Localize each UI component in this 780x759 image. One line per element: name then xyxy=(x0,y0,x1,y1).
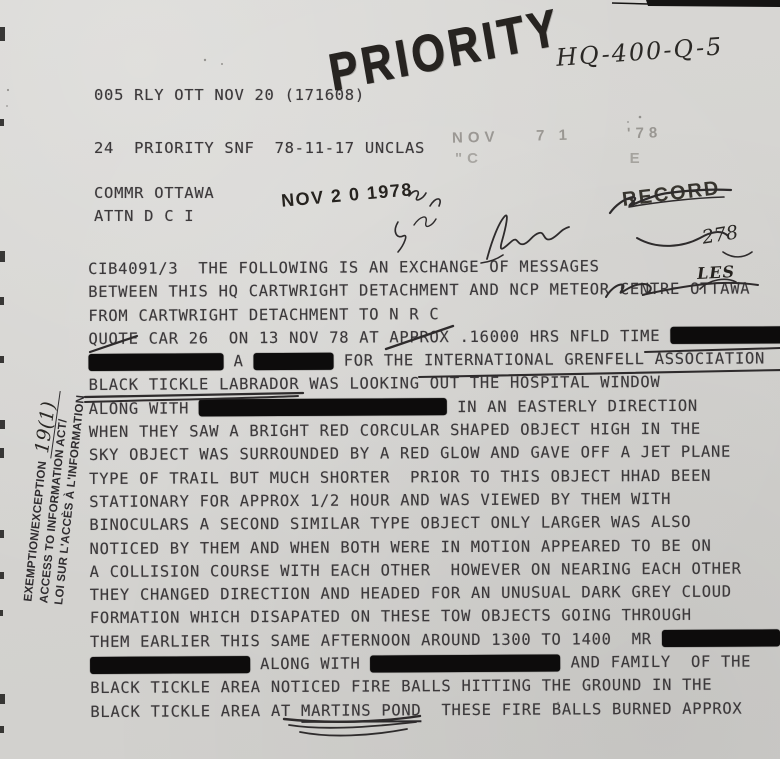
stamp-initials-4 xyxy=(414,217,436,226)
body-text-segment: ALONG WITH xyxy=(89,399,199,418)
body-text-segment: SKY OBJECT WAS SURROUNDED BY A RED GLOW … xyxy=(89,443,731,464)
redaction-bar xyxy=(88,353,223,371)
body-text-segment: TYPE OF TRAIL BUT MUCH SHORTER PRIOR TO … xyxy=(89,466,711,487)
body-text-segment: MARTINS POND xyxy=(301,701,421,723)
body-text-segment: WHEN THEY SAW A BRIGHT RED CORCULAR SHAP… xyxy=(89,420,701,441)
body-text-segment: ALONG WITH xyxy=(250,655,370,674)
body-text: CIB4091/3 THE FOLLOWING IS AN EXCHANGE O… xyxy=(88,256,780,726)
body-text-segment: A COLLISION COURSE WITH EACH OTHER HOWEV… xyxy=(90,559,742,580)
redaction-bar xyxy=(370,654,560,672)
body-text-segment: BETWEEN THIS HQ CARTWRIGHT DETACHMENT AN… xyxy=(88,280,750,301)
scan-top-bar xyxy=(612,0,780,7)
redaction-bar xyxy=(662,630,780,648)
body-line: BLACK TICKLE AREA AT MARTINS POND THESE … xyxy=(90,699,780,726)
record-number-handwritten: 278 xyxy=(701,221,740,248)
scan-edge-artifacts xyxy=(0,27,5,733)
body-text-segment: BINOCULARS A SECOND SIMILAR TYPE OBJECT … xyxy=(89,513,691,534)
body-text-segment: NOTICED BY THEM AND WHEN BOTH WERE IN MO… xyxy=(89,536,711,557)
ati-exemption-stamp: EXEMPTION/EXCEPTION19(1) ACCESS TO INFOR… xyxy=(18,354,93,606)
body-text-segment: THEY CHANGED DIRECTION AND HEADED FOR AN… xyxy=(90,583,732,604)
body-text-segment: AND FAMILY OF THE xyxy=(560,653,751,672)
redaction-bar xyxy=(254,352,334,369)
date-received-stamp: NOV 2 0 1978 xyxy=(280,179,413,211)
scanned-telex-document: 005 RLY OTT NOV 20 (171608) PRIORITY HQ-… xyxy=(0,0,780,759)
redaction-bar xyxy=(90,656,250,674)
body-text-segment: BLACK TICKLE AREA AT xyxy=(90,702,301,721)
body-text-segment: THEM EARLIER THIS SAME AFTERNOON AROUND … xyxy=(90,630,662,651)
redaction-bar xyxy=(199,398,447,416)
body-text-segment: IN AN EASTERLY DIRECTION xyxy=(447,397,698,416)
body-text-segment: STATIONARY FOR APPROX 1/2 HOUR AND WAS V… xyxy=(89,490,671,511)
file-reference-handwritten: HQ-400-Q-5 xyxy=(555,32,724,72)
body-text-segment: A xyxy=(223,352,253,370)
body-text-segment: CIB4091/3 THE FOLLOWING IS AN EXCHANGE O… xyxy=(88,257,600,278)
telex-routing-line: 005 RLY OTT NOV 20 (171608) xyxy=(94,86,365,104)
addressee-line: COMMR OTTAWA xyxy=(94,184,214,202)
body-text-segment: BLACK TICKLE LABRADOR WAS LOOKING OUT TH… xyxy=(89,373,661,394)
body-text-segment: INTERNATIONAL GRENFELL ASSOCIATION xyxy=(424,350,765,370)
record-stamp: RECORD xyxy=(621,177,722,212)
body-text-segment: BLACK TICKLE AREA NOTICED FIRE BALLS HIT… xyxy=(90,676,712,697)
body-text-segment: FOR THE xyxy=(334,351,424,369)
attention-line: ATTN D C I xyxy=(94,207,194,225)
body-text-segment: FORMATION WHICH DISAPATED ON THESE TOW O… xyxy=(90,606,692,627)
faint-date-stamp-line1: NOV 7 1 '78 xyxy=(452,124,663,146)
priority-stamp: PRIORITY xyxy=(325,0,565,103)
martins-pond-squiggle-2 xyxy=(300,729,407,736)
stamp-initials-2 xyxy=(430,199,440,206)
signature-squiggle xyxy=(487,215,569,259)
redaction-bar xyxy=(670,327,780,345)
faint-date-stamp-line2: "C E xyxy=(455,150,645,167)
stamp-initials-3 xyxy=(395,222,405,252)
body-text-segment: FROM CARTWRIGHT DETACHMENT TO N R C xyxy=(88,305,439,325)
message-header-line: 24 PRIORITY SNF 78-11-17 UNCLAS xyxy=(94,139,425,157)
body-text-segment: THESE FIRE BALLS BURNED APPROX xyxy=(421,699,742,719)
body-text-segment: QUOTE CAR 26 ON 13 NOV 78 AT APPROX .160… xyxy=(88,327,670,348)
